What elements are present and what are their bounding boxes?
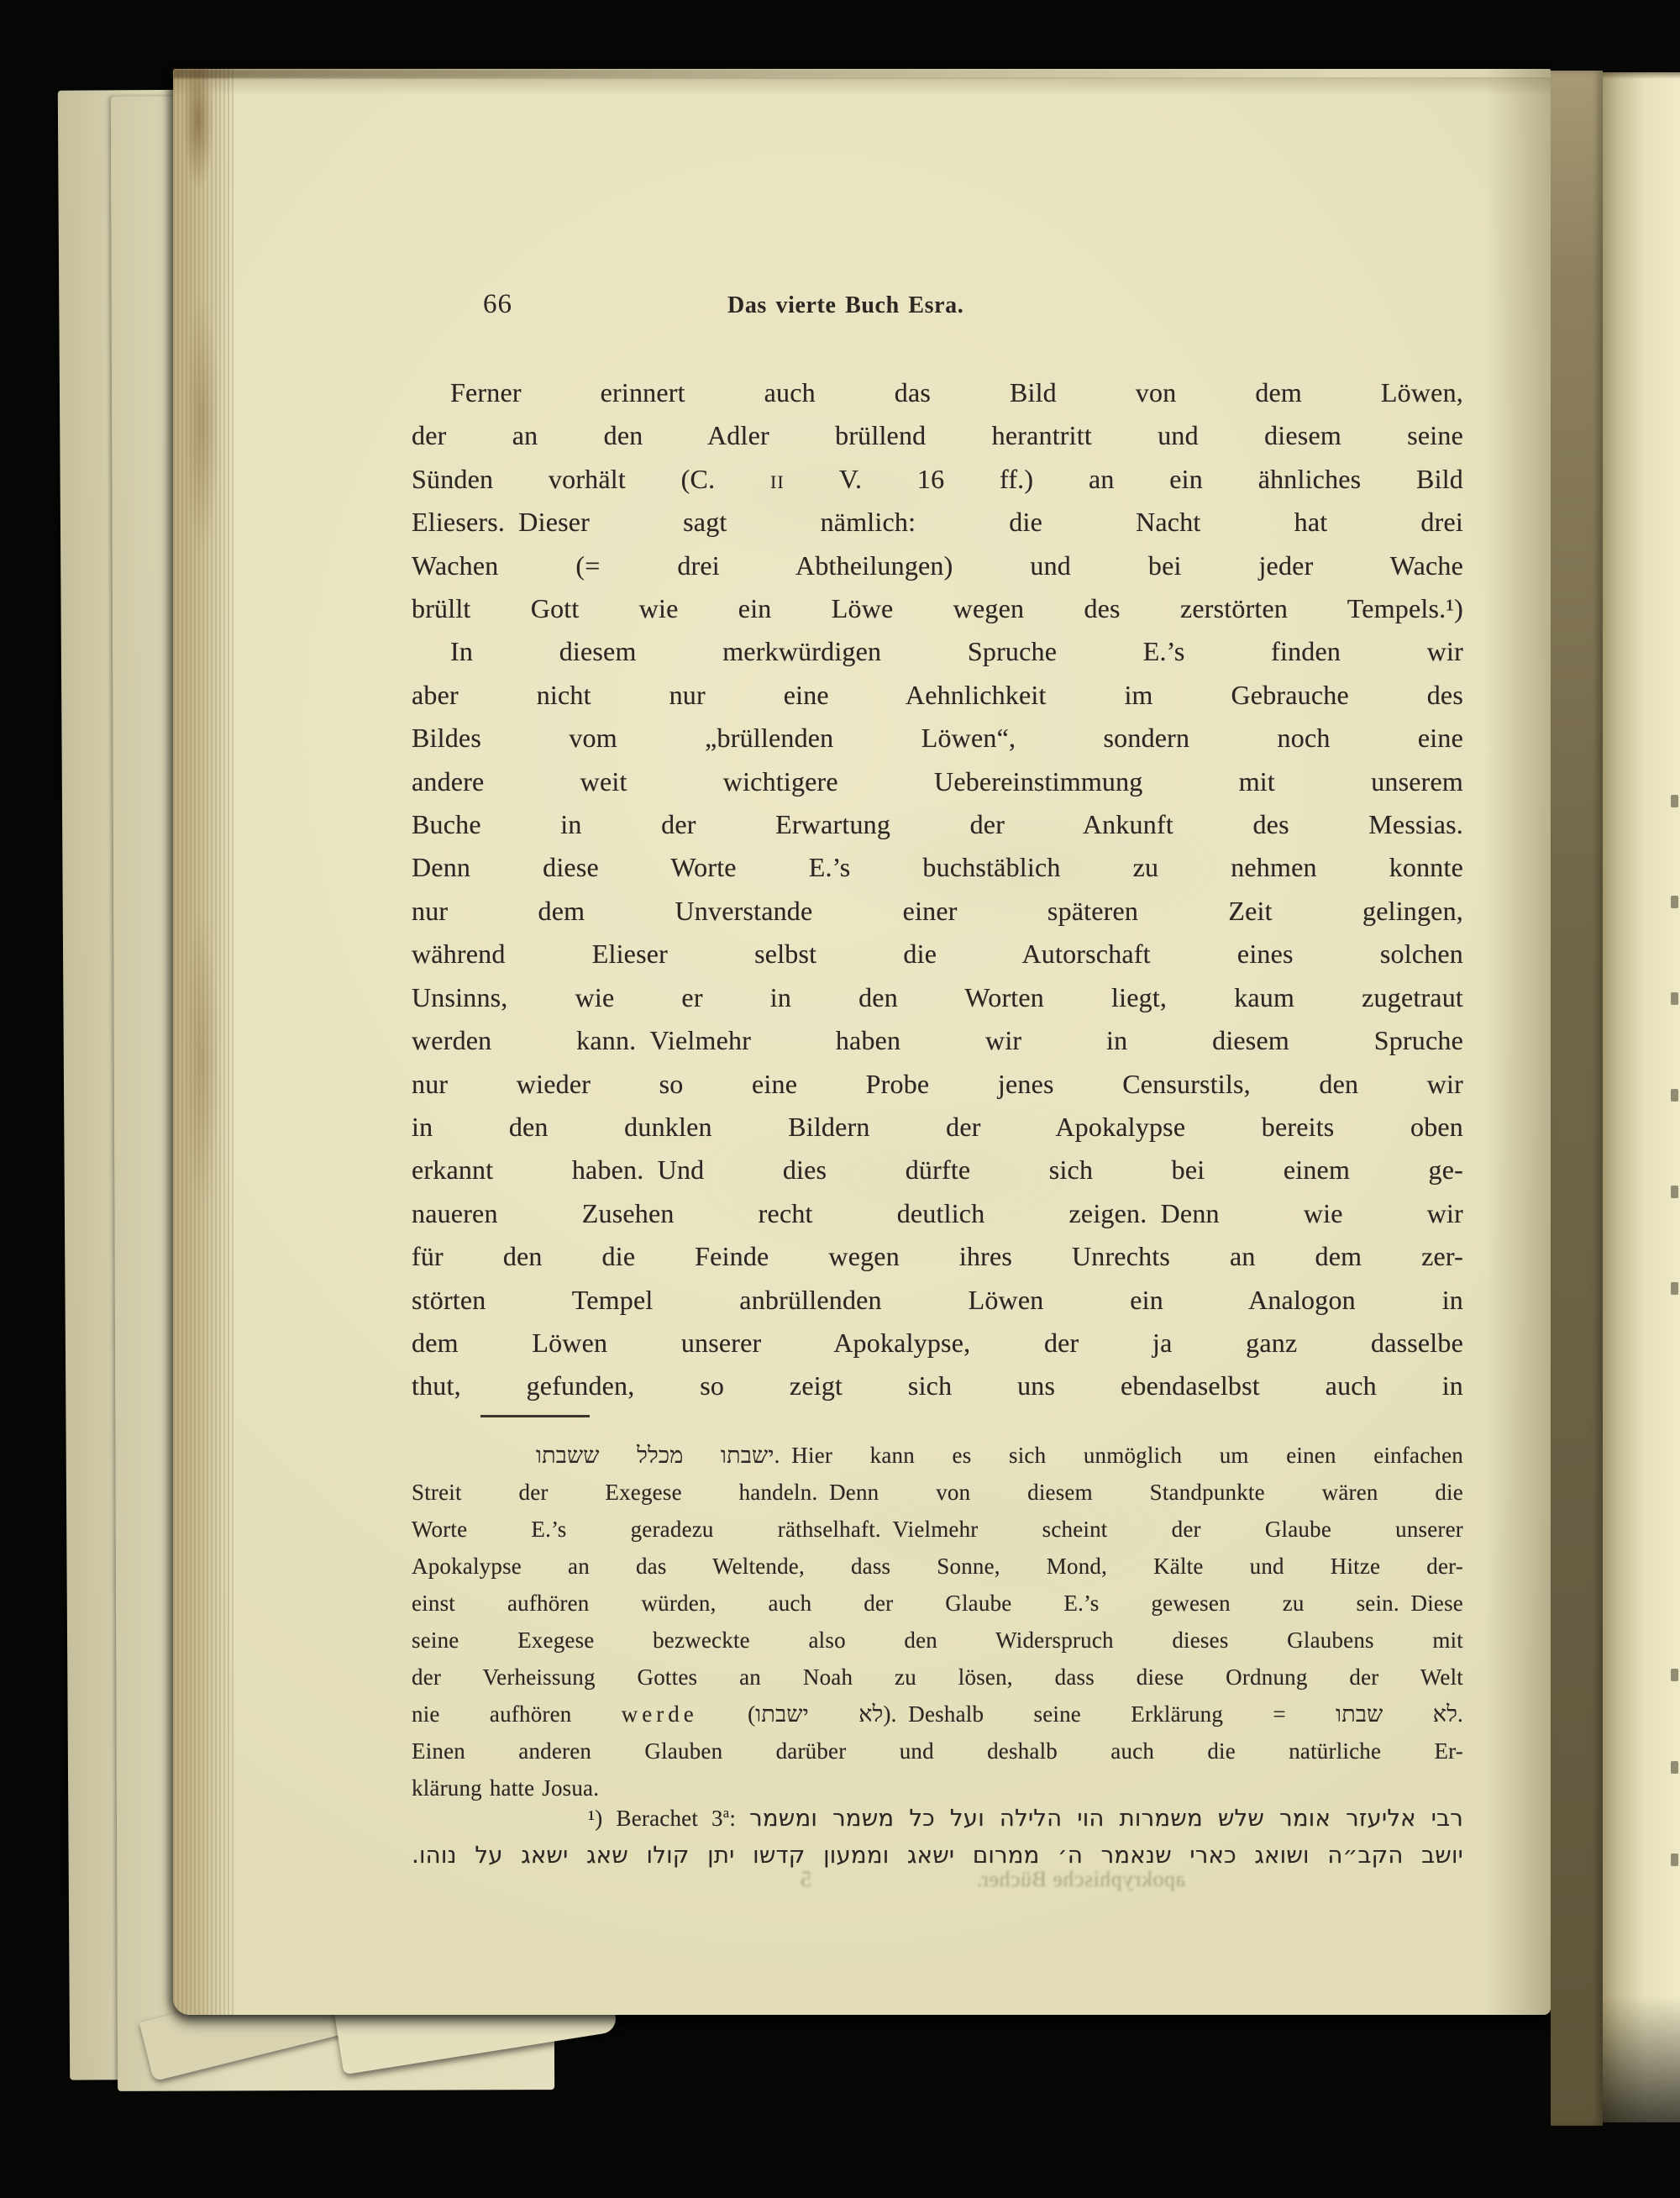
footnote-line: Apokalypse an das Weltende, dass Sonne, … (412, 1548, 1463, 1585)
cut-off-text-mark (1671, 1854, 1678, 1866)
text-line: für den die Feinde wegen ihres Unrechts … (412, 1235, 1463, 1278)
text-line: Sünden vorhält (C. ii V. 16 ff.) an ein … (412, 458, 1463, 501)
text-segment: V. 16 ff.) an ein ähnliches Bild (785, 464, 1463, 494)
show-through-signature-mark: 5 (778, 1867, 811, 1892)
body-text: Ferner erinnert auch das Bild von dem Lö… (412, 371, 1463, 1408)
text-line: Eliesers. Dieser sagt nämlich: die Nacht… (412, 501, 1463, 544)
book-page: 66 Das vierte Buch Esra. Ferner erinnert… (173, 69, 1551, 2015)
text-line: Wachen (= drei Abtheilungen) und bei jed… (412, 544, 1463, 587)
text-line: aber nicht nur eine Aehnlichkeit im Gebr… (412, 674, 1463, 717)
footnote-line: Worte E.’s geradezu räthselhaft. Vielmeh… (412, 1511, 1463, 1548)
text-line: thut, gefunden, so zeigt sich uns ebenda… (412, 1365, 1463, 1407)
book-scan: 66 Das vierte Buch Esra. Ferner erinnert… (0, 0, 1680, 2198)
footnote-line: ישבתו מכלל ששבתו. Hier kann es sich unmö… (412, 1437, 1463, 1474)
footnote-line: einst aufhören würden, auch der Glaube E… (412, 1585, 1463, 1622)
show-through-text: apokryphische Bücher. (933, 1867, 1185, 1892)
text-line: andere weit wichtigere Uebereinstimmung … (412, 760, 1463, 803)
text-line: In diesem merkwürdigen Spruche E.’s find… (412, 630, 1463, 673)
page-fore-edge (173, 69, 235, 2015)
text-line: naueren Zusehen recht deutlich zeigen. D… (412, 1192, 1463, 1235)
next-page (1603, 72, 1680, 2122)
running-title: Das vierte Buch Esra. (727, 292, 963, 319)
cut-off-text-mark (1671, 795, 1678, 807)
footnote-1: ¹) Berachet 3a: רבי אליעזר אומר שלש משמר… (412, 1800, 1463, 1874)
text-line: erkannt haben. Und dies dürfte sich bei … (412, 1149, 1463, 1191)
text-line: während Elieser selbst die Autorschaft e… (412, 933, 1463, 975)
footnote-line: der Verheissung Gottes an Noah zu lösen,… (412, 1659, 1463, 1696)
text-line: Unsinns, wie er in den Worten liegt, kau… (412, 976, 1463, 1019)
text-line: Bildes vom „brüllenden Löwen“, sondern n… (412, 717, 1463, 760)
roman-numeral-small-caps: ii (770, 464, 785, 494)
cut-off-text-mark (1671, 1669, 1678, 1681)
footnote-line: ¹) Berachet 3a: רבי אליעזר אומר שלש משמר… (412, 1800, 1463, 1837)
cut-off-text-mark (1671, 1089, 1678, 1102)
gutter-shadow (1551, 71, 1603, 2126)
text-line: dem Löwen unserer Apokalypse, der ja gan… (412, 1322, 1463, 1365)
text-line: störten Tempel anbrüllenden Löwen ein An… (412, 1279, 1463, 1322)
text-line-with-footnote-ref: brüllt Gott wie ein Löwe wegen des zerst… (412, 587, 1463, 630)
cut-off-text-mark (1671, 992, 1678, 1005)
page-top-edge-fade (173, 77, 1551, 96)
page-number: 66 (483, 289, 512, 320)
gutter-inner-shading (1485, 69, 1551, 2015)
emphasized-word: werde (622, 1701, 698, 1727)
text-line: der an den Adler brüllend herantritt und… (412, 414, 1463, 457)
text-segment: : (729, 1806, 749, 1831)
footnote-line: Einen anderen Glauben darüber und deshal… (412, 1733, 1463, 1769)
text-line: werden kann. Vielmehr haben wir in diese… (412, 1019, 1463, 1062)
footnote-line: seine Exegese bezweckte also den Widersp… (412, 1622, 1463, 1659)
cut-off-text-mark (1671, 896, 1678, 908)
footnote-marker: ¹) (588, 1806, 617, 1831)
footnote-continuation: ישבתו מכלל ששבתו. Hier kann es sich unmö… (412, 1437, 1463, 1806)
text-line: Denn diese Worte E.’s buchstäblich zu ne… (412, 846, 1463, 889)
cut-off-text-mark (1671, 1761, 1678, 1774)
hebrew-text: רבי אליעזר אומר שלש משמרות הוי הלילה ועל… (749, 1805, 1463, 1832)
footnote-line: nie aufhören werde (לא ישבתו). Deshalb s… (412, 1696, 1463, 1733)
text-line: in den dunklen Bildern der Apokalypse be… (412, 1106, 1463, 1149)
footnote-line: Streit der Exegese handeln. Denn von die… (412, 1474, 1463, 1511)
footnote-separator (480, 1415, 590, 1417)
cut-off-text-mark (1671, 1282, 1678, 1295)
text-line: Buche in der Erwartung der Ankunft des M… (412, 803, 1463, 846)
cut-off-text-mark (1671, 1186, 1678, 1198)
text-segment: Sünden vorhält (C. (412, 464, 770, 494)
text-segment: nie aufhören (412, 1701, 622, 1727)
text-line: nur wieder so eine Probe jenes Censursti… (412, 1063, 1463, 1106)
text-line: Ferner erinnert auch das Bild von dem Lö… (412, 371, 1463, 414)
text-line: nur dem Unverstande einer späteren Zeit … (412, 890, 1463, 933)
footnote-source: Berachet 3 (617, 1806, 723, 1831)
text-segment: (לא ישבתו). Deshalb seine Erklärung = לא… (698, 1701, 1463, 1727)
